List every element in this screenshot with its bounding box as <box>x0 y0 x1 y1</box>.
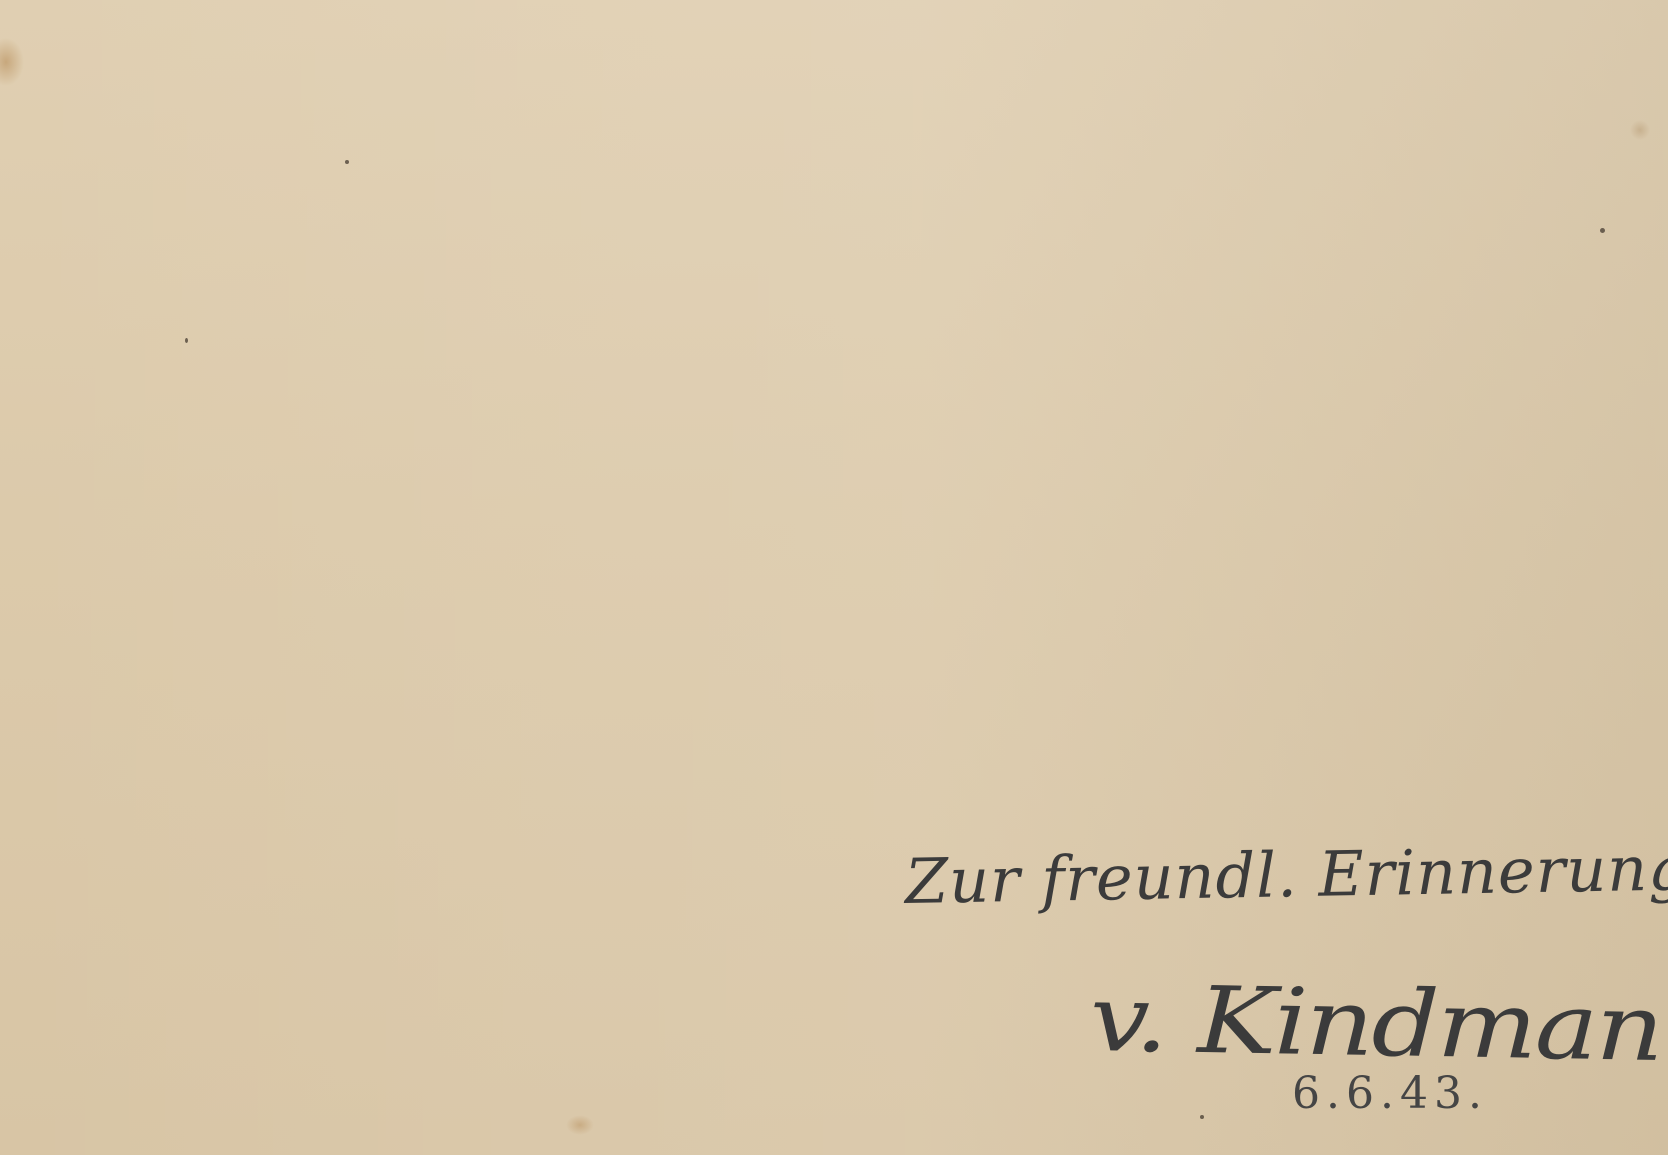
paper-speck <box>185 338 188 343</box>
dedication-line: Zur freundl. Erinnerung! <box>904 831 1668 918</box>
paper-speck <box>345 160 349 164</box>
date: 6.6.43. <box>1292 1068 1488 1119</box>
paper-speck <box>1200 1115 1204 1119</box>
signature: v. Kindmann <box>1089 965 1668 1083</box>
paper-speck <box>1600 228 1605 233</box>
